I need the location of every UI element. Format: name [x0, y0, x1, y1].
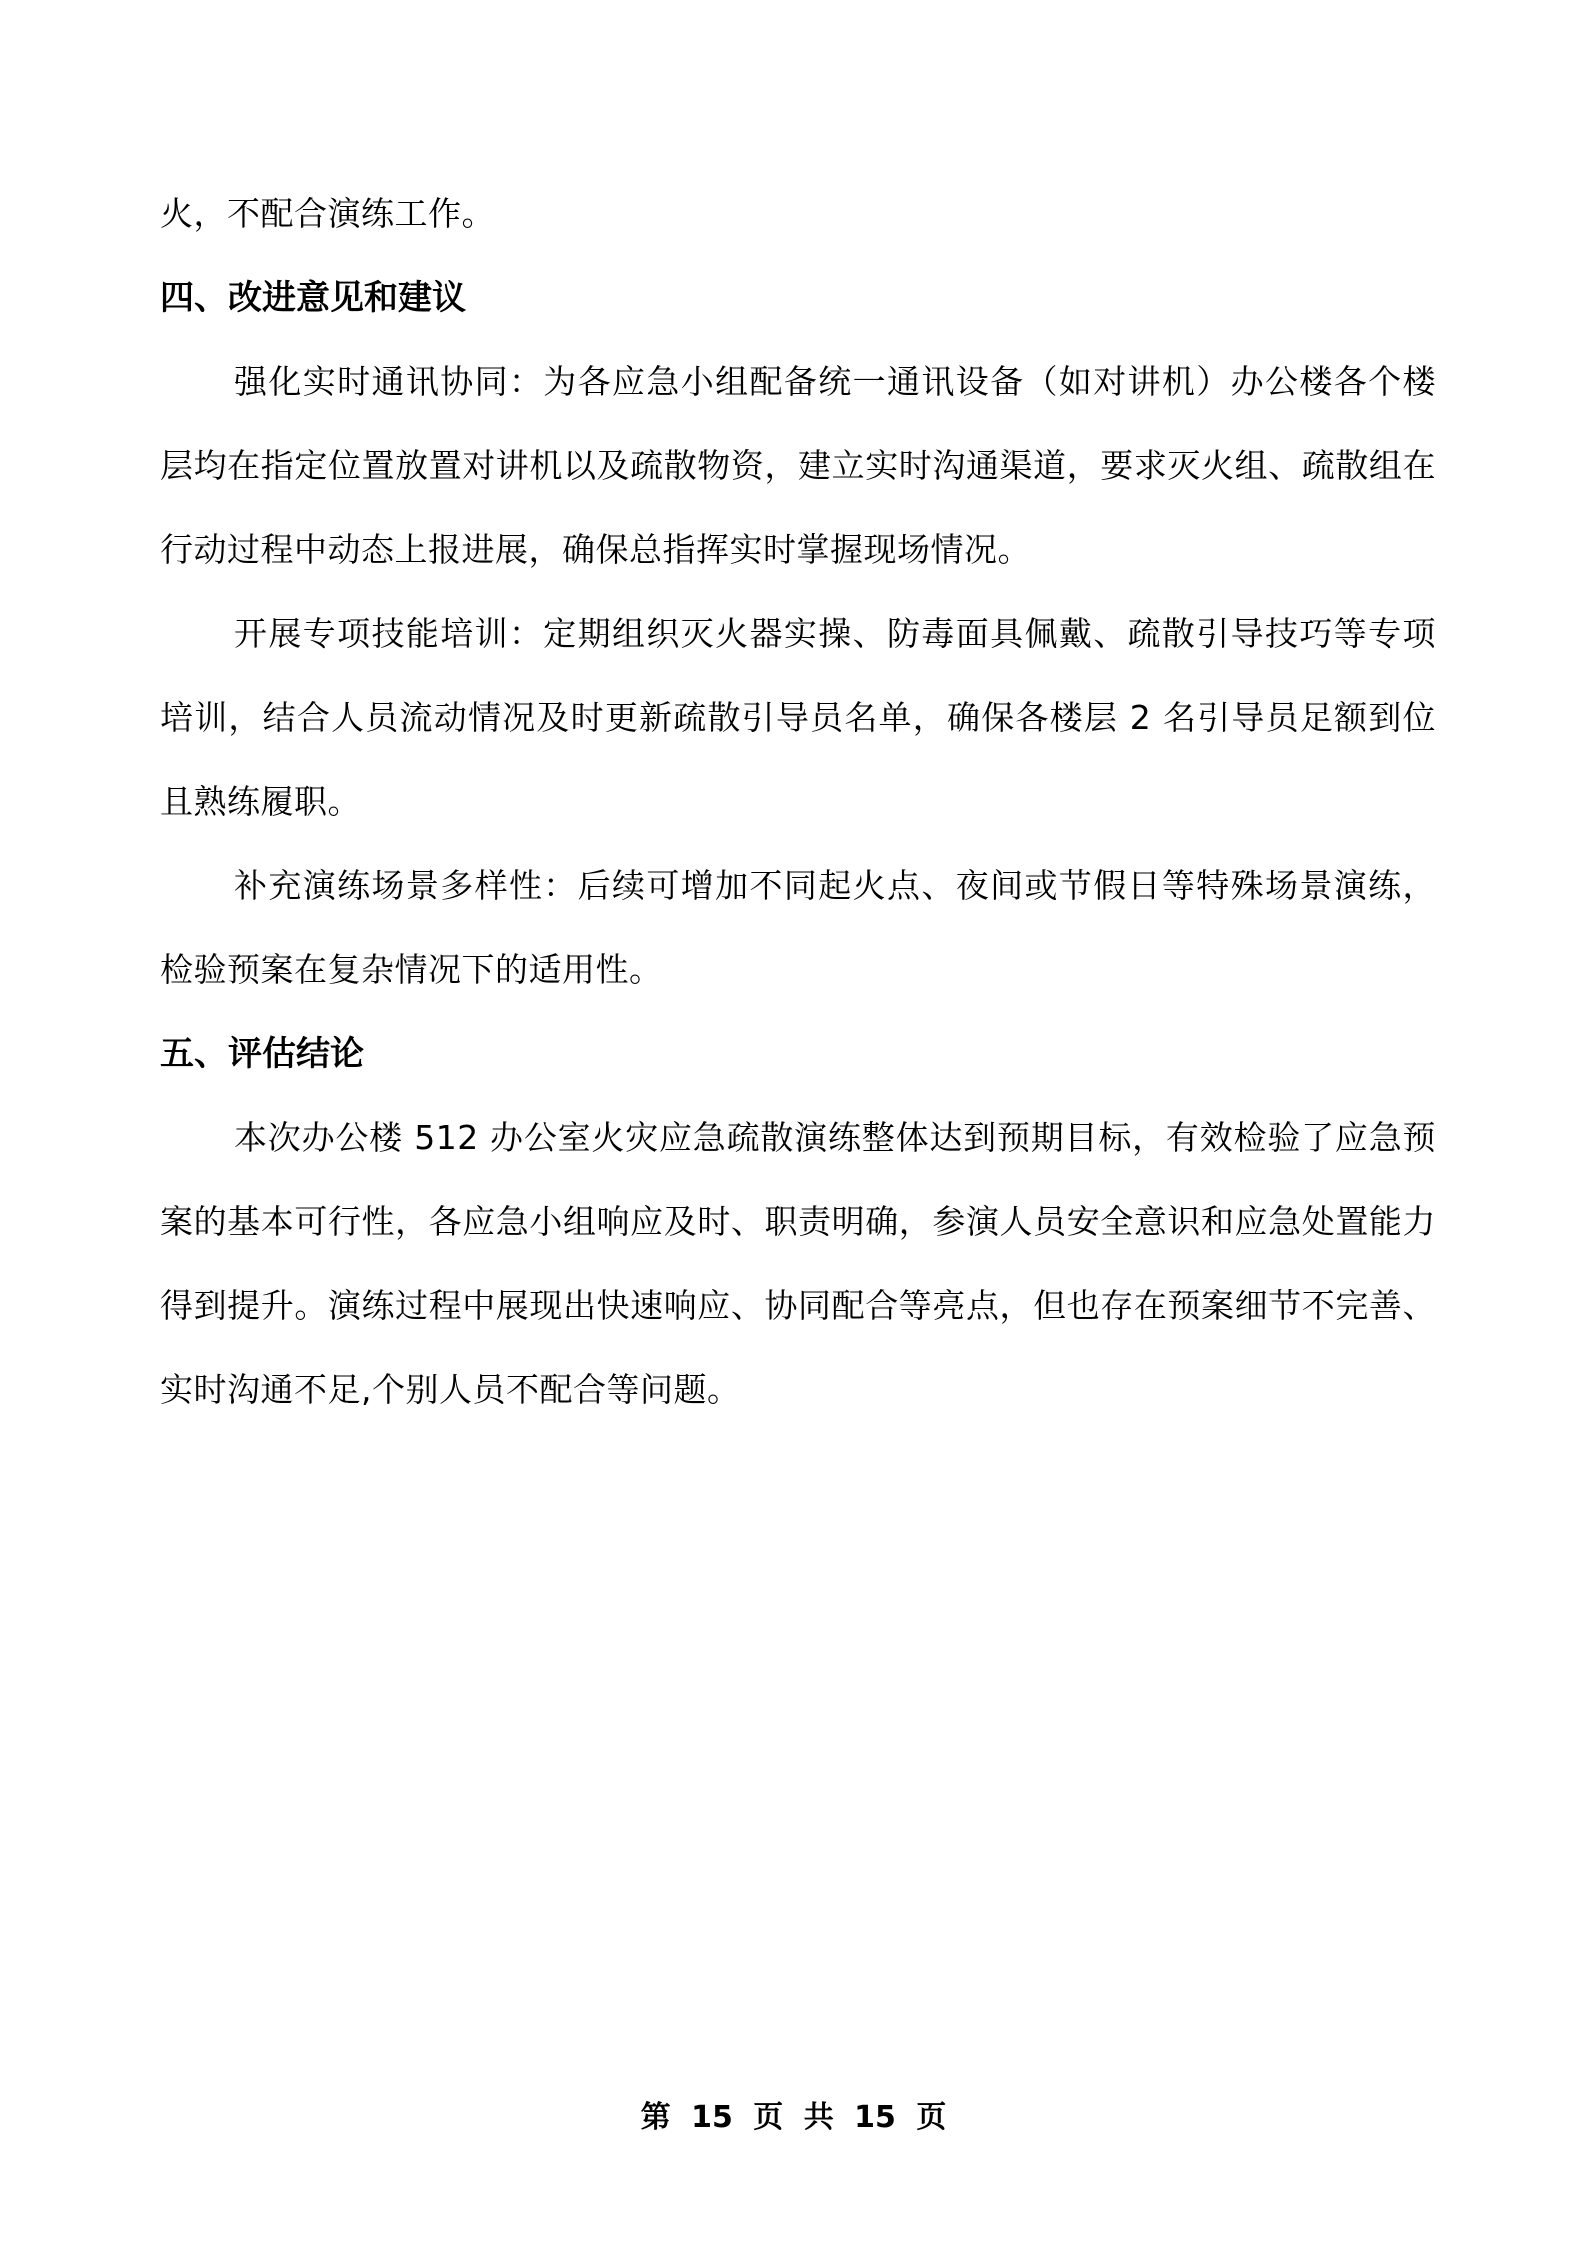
section-heading-conclusion: 五、评估结论	[160, 1012, 1436, 1096]
paragraph-scenarios: 补充演练场景多样性：后续可增加不同起火点、夜间或节假日等特殊场景演练，检验预案在…	[160, 844, 1436, 1012]
section-heading-improvements: 四、改进意见和建议	[160, 256, 1436, 340]
paragraph-communication: 强化实时通讯协同：为各应急小组配备统一通讯设备（如对讲机）办公楼各个楼层均在指定…	[160, 340, 1436, 592]
page-footer: 第 15 页 共 15 页	[0, 2092, 1587, 2136]
document-page: 火，不配合演练工作。 四、改进意见和建议 强化实时通讯协同：为各应急小组配备统一…	[160, 172, 1436, 1432]
continued-paragraph: 火，不配合演练工作。	[160, 172, 1436, 256]
paragraph-conclusion: 本次办公楼 512 办公室火灾应急疏散演练整体达到预期目标，有效检验了应急预案的…	[160, 1096, 1436, 1432]
paragraph-training: 开展专项技能培训：定期组织灭火器实操、防毒面具佩戴、疏散引导技巧等专项培训，结合…	[160, 592, 1436, 844]
